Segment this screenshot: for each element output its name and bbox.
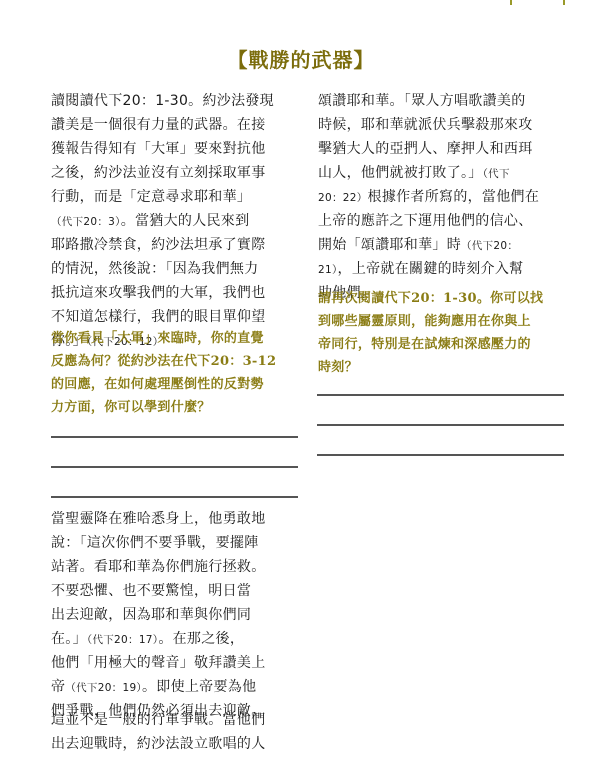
question-line: 時刻？	[318, 356, 543, 379]
text-line: 行動，而是「定意尋求耶和華」	[51, 185, 274, 209]
right-paragraph-1: 頌讚耶和華。「眾人方唱歌讚美的 時候，耶和華就派伏兵擊殺那來攻 擊猶大人的亞捫人…	[318, 89, 539, 305]
text-span: 山人，他們就被打敗了。」	[318, 165, 483, 181]
question-line: 當你看見「大軍」來臨時，你的直覺	[51, 327, 276, 350]
scripture-ref: 20：22）	[318, 192, 368, 204]
text-line: 在。」（代下20：17）。在那之後，	[51, 627, 266, 651]
page-corner-mark-right	[563, 0, 565, 5]
text-line: 抵抗這來攻擊我們的大軍，我們也	[51, 281, 274, 305]
text-line: 之後，約沙法並沒有立刻採取軍事	[51, 161, 274, 185]
question-line: 帝同行，特別是在試煉和深感壓力的	[318, 333, 543, 356]
text-line: 不要恐懼、也不要驚惶，明日當	[51, 579, 266, 603]
page-title: 【戰勝的武器】	[0, 44, 602, 73]
text-line: 上帝的應許之下運用他們的信心、	[318, 209, 539, 233]
answer-line[interactable]	[51, 436, 298, 438]
text-line: 時候，耶和華就派伏兵擊殺那來攻	[318, 113, 539, 137]
answer-line[interactable]	[51, 496, 298, 498]
question-line: 的回應，在如何處理壓倒性的反對勢	[51, 373, 276, 396]
text-line: 讚美是一個很有力量的武器。在接	[51, 113, 274, 137]
left-paragraph-2: 當聖靈降在雅哈悉身上，他勇敢地 說：「這次你們不要爭戰，要擺陣 站著。看耶和華為…	[51, 507, 266, 723]
text-span: 在。」	[51, 631, 87, 647]
answer-line[interactable]	[317, 424, 564, 426]
text-span: 帝	[51, 679, 65, 695]
answer-line[interactable]	[51, 466, 298, 468]
text-line: 山人，他們就被打敗了。」（代下	[318, 161, 539, 185]
text-span: 根據作者所寫的，當他們在	[368, 189, 540, 205]
text-span: 。在那之後，	[158, 631, 244, 647]
question-line: 力方面，你可以學到什麼？	[51, 396, 276, 419]
text-line: 說：「這次你們不要爭戰，要擺陣	[51, 531, 266, 555]
text-line: 的情況，然後說：「因為我們無力	[51, 257, 274, 281]
scripture-ref: （代下20：17）	[87, 634, 158, 646]
text-line: 當聖靈降在雅哈悉身上，他勇敢地	[51, 507, 266, 531]
scripture-ref: （代下20：	[461, 240, 518, 252]
text-line: 開始「頌讚耶和華」時（代下20：	[318, 233, 539, 257]
answer-line[interactable]	[317, 454, 564, 456]
scripture-ref: （代下20：3）	[51, 216, 121, 228]
question-line: 反應為何？從約沙法在代下20：3-12	[51, 350, 276, 373]
left-paragraph-3: 這並不是一般的行軍爭戰。當他們 出去迎戰時，約沙法設立歌唱的人	[51, 708, 266, 756]
text-line: 不知道怎樣行，我們的眼目單仰望	[51, 305, 274, 329]
text-line: 帝（代下20：19）。即使上帝要為他	[51, 675, 266, 699]
scripture-ref: （代下20：19）	[65, 682, 142, 694]
text-line: 擊猶大人的亞捫人、摩押人和西珥	[318, 137, 539, 161]
text-line: 讀閱讀代下20：1-30。約沙法發現	[51, 89, 274, 113]
text-line: 頌讚耶和華。「眾人方唱歌讚美的	[318, 89, 539, 113]
answer-line[interactable]	[317, 394, 564, 396]
text-line: 出去迎戰時，約沙法設立歌唱的人	[51, 732, 266, 756]
text-span: 開始「頌讚耶和華」時	[318, 237, 461, 253]
text-line: （代下20：3）。當猶大的人民來到	[51, 209, 274, 233]
scripture-ref: （代下	[483, 168, 510, 180]
right-reflection-question: 請再次閱讀代下20：1-30。你可以找 到哪些屬靈原則，能夠應用在你與上 帝同行…	[318, 287, 543, 379]
page-corner-mark-left	[510, 0, 512, 5]
left-reflection-question: 當你看見「大軍」來臨時，你的直覺 反應為何？從約沙法在代下20：3-12 的回應…	[51, 327, 276, 419]
scripture-ref: 21）	[318, 264, 338, 276]
text-line: 出去迎敵，因為耶和華與你們同	[51, 603, 266, 627]
text-span: 。當猶大的人民來到	[121, 213, 250, 229]
text-line: 21），上帝就在關鍵的時刻介入幫	[318, 257, 539, 281]
text-line: 這並不是一般的行軍爭戰。當他們	[51, 708, 266, 732]
text-line: 耶路撒冷禁食，約沙法坦承了實際	[51, 233, 274, 257]
text-line: 獲報告得知有「大軍」要來對抗他	[51, 137, 274, 161]
text-span: ，上帝就在關鍵的時刻介入幫	[338, 261, 524, 277]
text-line: 他們「用極大的聲音」敬拜讚美上	[51, 651, 266, 675]
text-line: 20：22）根據作者所寫的，當他們在	[318, 185, 539, 209]
question-line: 請再次閱讀代下20：1-30。你可以找	[318, 287, 543, 310]
question-line: 到哪些屬靈原則，能夠應用在你與上	[318, 310, 543, 333]
text-line: 站著。看耶和華為你們施行拯救。	[51, 555, 266, 579]
text-span: 。即使上帝要為他	[142, 679, 256, 695]
left-paragraph-1: 讀閱讀代下20：1-30。約沙法發現 讚美是一個很有力量的武器。在接 獲報告得知…	[51, 89, 274, 353]
